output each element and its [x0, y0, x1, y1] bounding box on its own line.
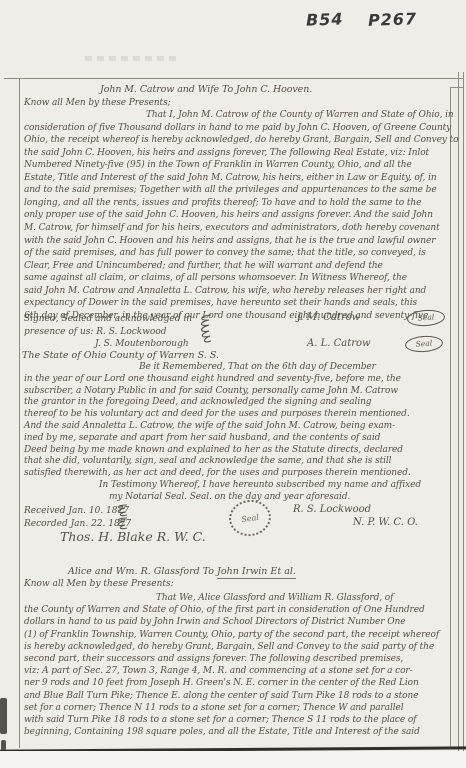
handwritten-line: beginning, Containing 198 square poles, … [24, 726, 454, 738]
handwritten-line: is hereby acknowledged, do hereby Grant,… [24, 641, 454, 653]
handwritten-line: ner 9 rods and 10 feet from Joseph H. Gr… [24, 677, 454, 689]
handwritten-line: satisfied therewith, as her act and deed… [24, 468, 454, 480]
handwritten-line: ined by me, separate and apart from her … [24, 433, 454, 445]
handwritten-line: set for a corner; Thence N 11 rods to a … [24, 702, 454, 714]
handwritten-line: the said John C. Hooven, his heirs and a… [24, 147, 454, 160]
pencil-smudge [85, 56, 177, 61]
deed2-opening: Know all Men by these Presents: [24, 579, 174, 589]
handwritten-line: and to the said premises; Together with … [24, 184, 454, 197]
handwritten-line: second part, their successors and assign… [24, 653, 454, 665]
book-ref-annotation: B54 [306, 9, 344, 29]
right-margin-double-line-1 [458, 72, 459, 751]
handwritten-line: In Testimony Whereof, I have hereunto su… [24, 480, 454, 492]
handwritten-line: (1) of Franklin Township, Warren County,… [24, 629, 454, 641]
seal-oval-icon: Seal [404, 335, 443, 354]
handwritten-line: consideration of five Thousand dollars i… [24, 122, 454, 135]
grantor-signature-2: A. L. Catrow [307, 338, 371, 349]
deed1-section: John M. Catrow and Wife To John C. Hoove… [24, 84, 454, 322]
right-margin-double-line-2 [463, 72, 464, 751]
deed2-title-prefix: Alice and Wm. R. Glassford To [68, 566, 217, 577]
notary-title: N. P. W. C. O. [353, 517, 418, 528]
handwritten-line: That I, John M. Catrow of the County of … [24, 109, 454, 122]
handwritten-line: thereof to be his voluntary act and deed… [24, 409, 454, 421]
handwritten-line: with said Turn Pike 18 rods to a stone s… [24, 714, 454, 726]
grantor-signature-1: J. M. Catrow [297, 312, 360, 323]
handwritten-line: expectancy of Dower in the said premises… [24, 297, 454, 310]
handwritten-line: that she did, voluntarily, sign, seal an… [24, 456, 454, 468]
handwritten-line: of the said premises, and has full power… [24, 247, 454, 260]
photocopy-artifact [1, 740, 6, 750]
flourish-coil-icon [196, 313, 214, 353]
witness-statement-line1: Signed, Sealed and acknowledged in [24, 314, 192, 324]
handwritten-line: the grantor in the foregoing Deed, and a… [24, 397, 454, 409]
state-jurisdiction-line: The State of Ohio County of Warren S. S. [22, 350, 219, 361]
handwritten-line: in the year of our Lord one thousand eig… [24, 374, 454, 386]
handwritten-line: same against all claim, or claims, of al… [24, 272, 454, 285]
notary-jurat-body: Be it Remembered, That on the 6th day of… [24, 362, 454, 504]
handwritten-line: Be it Remembered, That on the 6th day of… [24, 362, 454, 374]
handwritten-line: with the said John C. Hooven and his hei… [24, 235, 454, 248]
deed1-opening: Know all Men by these Presents; [24, 97, 454, 110]
handwritten-line: and Blue Ball Turn Pike; Thence E. along… [24, 690, 454, 702]
handwritten-line: M. Catrow, for himself and for his heirs… [24, 222, 454, 235]
deed1-title: John M. Catrow and Wife To John C. Hoove… [24, 84, 454, 97]
photocopy-artifact [0, 698, 7, 734]
handwritten-line: only proper use of the said John C. Hoov… [24, 209, 454, 222]
handwritten-line: the County of Warren and State of Ohio, … [24, 604, 454, 616]
handwritten-line: subscriber, a Notary Public in and for s… [24, 386, 454, 398]
recorder-signature: Thos. H. Blake R. W. C. [60, 529, 206, 544]
handwritten-line: Estate, Title and Interest of the said J… [24, 172, 454, 185]
deed1-body: That I, John M. Catrow of the County of … [24, 109, 454, 322]
handwritten-line: viz: A part of Sec. 27, Town 3, Range 4,… [24, 665, 454, 677]
deed-record-page-scan: B54 P267 John M. Catrow and Wife To John… [0, 0, 466, 768]
top-rule-line [4, 78, 463, 79]
notary-signature: R. S. Lockwood [293, 504, 371, 515]
witness-statement-line2: presence of us: R. S. Lockwood [24, 327, 167, 337]
handwritten-line: said John M. Catrow and Annaletta L. Cat… [24, 285, 454, 298]
page-ref-annotation: P267 [368, 9, 418, 30]
handwritten-line: longing, and all the rents, issues and p… [24, 197, 454, 210]
deed2-body: That We, Alice Glassford and William R. … [24, 592, 454, 738]
deed2-title-grantee: John Irwin Et al. [217, 566, 296, 579]
handwritten-line: Ohio, the receipt whereof is hereby ackn… [24, 134, 454, 147]
left-rule-line [19, 78, 20, 748]
handwritten-line: Deed being by me made known and explaine… [24, 445, 454, 457]
handwritten-line: And the said Annaletta L. Catrow, the wi… [24, 421, 454, 433]
handwritten-line: dollars in hand to us paid by John Irwin… [24, 616, 454, 628]
handwritten-line: Clear, Free and Unincumbered; and furthe… [24, 260, 454, 273]
handwritten-line: That We, Alice Glassford and William R. … [24, 592, 454, 604]
deed2-title: Alice and Wm. R. Glassford To John Irwin… [68, 566, 296, 577]
scan-background [0, 751, 466, 768]
witness-signature-2: J. S. Moutenborough [95, 339, 189, 349]
handwritten-line: Numbered Ninety-five (95) in the Town of… [24, 159, 454, 172]
